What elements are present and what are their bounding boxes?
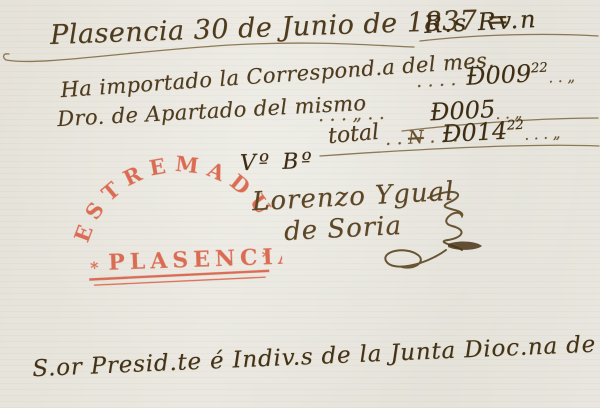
account-total-label: total	[327, 120, 380, 149]
signature-name-line-1: Lorenzo Ygual	[251, 177, 455, 218]
signature-name-line-2: de Soria	[283, 211, 402, 247]
signature-rubric-blob	[448, 242, 482, 250]
amount-tail: . . . „	[524, 124, 561, 144]
account-total-amount: Đ01422. . . „	[441, 114, 560, 148]
addressee-line: S.or Presid.te é Indiv.s de la Junta Dio…	[32, 326, 600, 382]
account-row-1-dots: . . . .	[415, 69, 456, 92]
signature-rubric-swirl	[385, 250, 446, 268]
amount-fraction: 22	[507, 118, 525, 134]
amount-value: Đ014	[441, 117, 508, 148]
document-scan: Plasencia 30 de Junio de 1837 = R.s Rv.n…	[0, 0, 600, 408]
stamp-ornament-left: *	[89, 258, 100, 278]
stamp-arc-text: ESTREMADURA	[62, 131, 282, 248]
amount-tail: . . „	[548, 67, 576, 86]
currency-heading: R.s Rv.n	[423, 5, 538, 39]
amount-value: Đ009	[465, 59, 532, 90]
account-row-1-amount: Đ00922. . „	[465, 57, 575, 91]
visto-bueno: Vº Bº	[240, 149, 316, 177]
amount-fraction: 22	[531, 61, 549, 77]
crossed-n-symbol: N	[407, 127, 424, 149]
